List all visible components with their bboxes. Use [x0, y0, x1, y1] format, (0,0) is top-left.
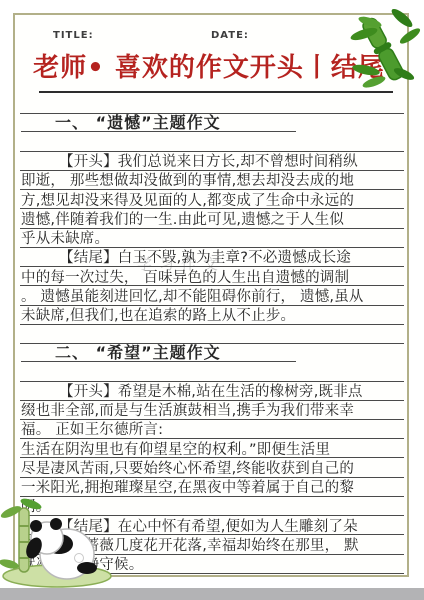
text-line: 遗憾,伴随着我们的一生.由此可见,遗憾之于人生似 [20, 209, 404, 228]
line-text: 尽是凄风苦雨,只要始终心怀希望,终能收获到自己的 [21, 462, 354, 477]
text-line: 【开头】希望是木棉,站在生活的橡树旁,既非点 [20, 382, 404, 401]
ruled-blank-line [20, 132, 404, 151]
text-line: 生活在阴沟里也有仰望星空的权利。”即便生活里 [20, 439, 404, 458]
text-line: 即逝， 那些想做却没做到的事情,想去却没去成的地 [20, 171, 404, 190]
line-text: 未缺席,但我们,也在追索的路上从不止步。 [21, 309, 295, 324]
section-heading-text: 一、 “遗憾”主题作文 [21, 115, 296, 132]
notebook-page: TITLE: DATE: 老师• 喜欢的作文开头丨结尾 学习作文 一、 “遗憾”… [13, 13, 409, 577]
panda-bamboo-icon [1, 492, 113, 588]
line-text: 即逝， 那些想做却没做到的事情,想去却没去成的地 [21, 174, 354, 189]
text-line: 【开头】我们总说来日方长,却不曾想时间稍纵 [20, 152, 404, 171]
page-title: 老师• 喜欢的作文开头丨结尾 [33, 47, 385, 84]
line-text: 缀也非全部,而是与生活旗鼓相当,携手为我们带来幸 [21, 404, 354, 419]
text-line: 。 遗憾虽能刻进回忆,却不能阻碍你前行， 遗憾,虽从 [20, 286, 404, 305]
text-line: 乎从未缺席。 [20, 229, 404, 248]
ruled-blank-line [20, 325, 404, 344]
bamboo-decoration-icon [340, 8, 416, 104]
ruled-blank-line [20, 362, 404, 381]
text-line: 【结尾】白玉不毁,孰为圭章?不必遗憾成长途 [20, 248, 404, 267]
line-text: 方,想见却没来得及见面的人,都变成了生命中永远的 [21, 194, 354, 209]
date-field-label: DATE: [211, 30, 249, 41]
title-field-label: TITLE: [53, 30, 94, 41]
line-text: 【开头】希望是木棉,站在生活的橡树旁,既非点 [21, 385, 363, 400]
text-line: 中的每一次过失， 百味异色的人生出自遗憾的调制 [20, 267, 404, 286]
section-heading: 一、 “遗憾”主题作文 [20, 114, 404, 132]
text-line: 缀也非全部,而是与生活旗鼓相当,携手为我们带来幸 [20, 401, 404, 420]
text-line: 未缺席,但我们,也在追索的路上从不止步。 [20, 306, 404, 325]
section-heading-text: 二、 “希望”主题作文 [21, 345, 296, 362]
line-text: 。 遗憾虽能刻进回忆,却不能阻碍你前行， 遗憾,虽从 [21, 290, 364, 305]
photo-bottom-edge [0, 588, 424, 600]
text-line: 尽是凄风苦雨,只要始终心怀希望,终能收获到自己的 [20, 458, 404, 477]
line-text: 中的每一次过失， 百味异色的人生出自遗憾的调制 [21, 271, 349, 286]
line-text: 【开头】我们总说来日方长,却不曾想时间稍纵 [21, 155, 358, 170]
line-text: 【结尾】白玉不毁,孰为圭章?不必遗憾成长途 [21, 251, 351, 266]
section-heading: 二、 “希望”主题作文 [20, 344, 404, 362]
text-line: 方,想见却没来得及见面的人,都变成了生命中永远的 [20, 190, 404, 209]
line-text: 福。 正如王尔德所言: [21, 423, 163, 438]
line-text: 乎从未缺席。 [21, 232, 109, 247]
line-text: 遗憾,伴随着我们的一生.由此可见,遗憾之于人生似 [21, 213, 344, 228]
line-text: 生活在阴沟里也有仰望星空的权利。”即便生活里 [21, 443, 330, 458]
text-line: 福。 正如王尔德所言: [20, 420, 404, 439]
